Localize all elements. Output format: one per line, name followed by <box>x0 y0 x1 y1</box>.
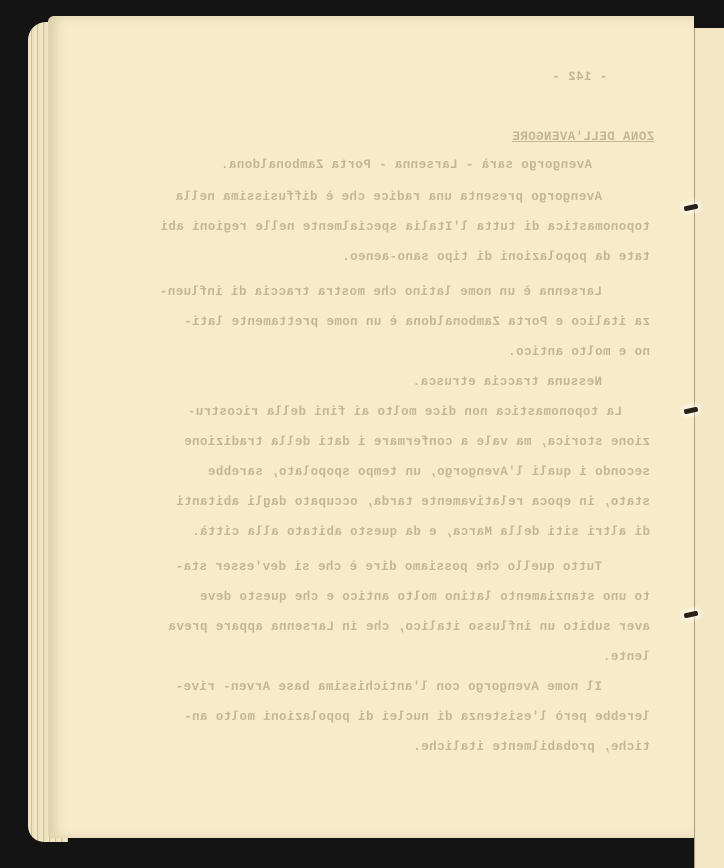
body-line: lerebbe però l'esistenza di nuclei di po… <box>184 710 650 724</box>
body-line: tate da popolazioni di tipo sano-aeneo. <box>342 250 650 264</box>
subheading: Avengorgo sarà - Larsenna - Porta Zambon… <box>221 158 592 172</box>
body-line: La toponomastica non dice molto ai fini … <box>187 405 622 419</box>
body-line: lente. <box>603 650 650 664</box>
heading: ZONA DELL'AVENGORE <box>512 130 654 144</box>
body-line: Nessuna traccia etrusca. <box>412 375 602 389</box>
body-line: tiche, probabilmente italiche. <box>413 740 650 754</box>
body-line: no e molto antico. <box>508 345 650 359</box>
body-line: za italico e Porta Zambonaldona è un nom… <box>184 315 650 329</box>
body-line: zione storica, ma vale a confermare i da… <box>184 435 650 449</box>
body-line: Il nome Avengorgo con l'antichissima bas… <box>175 680 602 694</box>
body-line: stato, in epoca relativamente tarda, occ… <box>176 495 650 509</box>
body-line: toponomastica di tutta l'Italia specialm… <box>160 220 650 234</box>
body-line: aver subito un influsso italico, che in … <box>168 620 650 634</box>
facing-page-edge <box>694 28 724 868</box>
body-line: Avengorgo presenta una radice che è diff… <box>175 190 602 204</box>
page-number: - 142 - <box>552 70 607 84</box>
body-line: secondo i quali l'Avengorgo, un tempo sp… <box>208 465 650 479</box>
body-line: to uno stanziamento latino molto antico … <box>200 590 650 604</box>
body-line: Tutto quello che possiamo dire è che si … <box>175 560 602 574</box>
body-line: di altri siti della Marca, e da questo a… <box>192 525 650 539</box>
body-line: Larsenna è un nome latino che mostra tra… <box>160 285 602 299</box>
